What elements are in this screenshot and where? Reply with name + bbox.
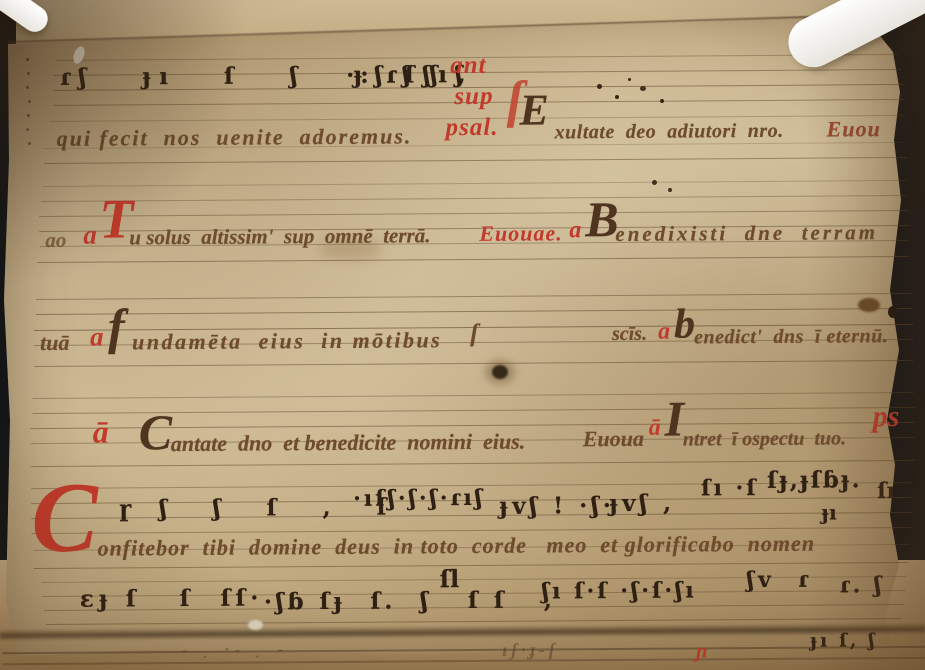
text-line: Euou — [827, 118, 881, 140]
initial: b — [674, 303, 695, 345]
stain — [628, 78, 631, 81]
neume-row: ɟı — [821, 502, 836, 522]
smudge — [320, 240, 380, 258]
text-line: onfitebor tibi domine deus in toto corde… — [97, 533, 815, 560]
manuscript-photo: ɾʃ ɟı ſ ʃ ɟ ɾſʃıʃ·:ʃ ʃ ʃ ,qui fecit nos … — [0, 0, 925, 670]
stain — [640, 86, 646, 91]
neume-row: ſɟ,ɟſɓɟ. — [767, 468, 862, 492]
light-spot — [248, 620, 263, 630]
initial: C — [139, 407, 173, 457]
underleaf-rule-line — [2, 646, 925, 654]
stain — [492, 365, 508, 379]
text-line: antate dno et benedicite nomini eius. — [171, 431, 526, 455]
text-line: qui fecit nos uenite adoremus. — [57, 125, 413, 149]
staff-rule-line — [41, 195, 907, 202]
underleaf-marks: ıʃ·ɟ-ſ — [502, 640, 559, 658]
neume-row: ·ıſʃ·ʃ·ʃ·ɾıʃ — [353, 487, 485, 510]
neume-row: ʃv ɾ — [747, 569, 812, 591]
initial: E — [519, 88, 549, 132]
neume-row: ſı ·ſ — [701, 477, 759, 499]
text-line: u solus altissim' sup omnē terrā. — [129, 225, 430, 248]
text-line: Euouae. — [479, 222, 563, 245]
text-line: ntret ī ospectu tuo. — [683, 428, 846, 449]
underleaf-marks: - ˏ ·- ˏ - — [182, 642, 289, 659]
underleaf-rule-line — [2, 657, 925, 665]
rubric-mark: a — [658, 320, 670, 344]
pricking-holes — [26, 58, 29, 61]
rubric-mark: a — [90, 324, 104, 351]
staff-rule-line — [44, 157, 907, 164]
text-line: scīs. — [612, 324, 647, 344]
initial: B — [585, 194, 619, 244]
page-content: ɾʃ ɟı ſ ʃ ɟ ɾſʃıʃ·:ʃ ʃ ʃ ,qui fecit nos … — [0, 0, 925, 670]
rubric-line: sup — [454, 84, 493, 109]
staff-rule-line — [36, 293, 912, 301]
neume-row: ʃı ſ·ſ ·ʃ·ſ·ʃı — [542, 579, 697, 602]
staff-rule-line — [34, 360, 913, 368]
text-line: ao — [45, 230, 66, 251]
stain — [615, 95, 619, 99]
staff-rule-line — [38, 256, 910, 263]
rubric-line: ant — [450, 53, 487, 78]
edge-damage — [858, 298, 880, 312]
staff-rule-line — [36, 308, 912, 316]
rubric-mark: ps — [873, 402, 900, 432]
neume-row: ſı — [877, 480, 895, 502]
rubric-line: psal. — [446, 115, 499, 140]
text-line: Euoua — [583, 428, 644, 450]
text-line: undamēta eius in mōtibus — [132, 329, 442, 353]
text-line: enedixisti dne terram — [615, 222, 878, 245]
neume-row: ɟvʃ ! ·ʃ· — [499, 494, 615, 518]
rubric-mark: a — [569, 218, 581, 242]
neume-row: ɾ. ʃ — [840, 574, 885, 596]
initial: I — [664, 394, 684, 444]
text-line: ſ — [470, 321, 479, 346]
stain — [660, 99, 664, 103]
text-line: xultate deo adiutori nro. — [555, 121, 784, 143]
rubric-mark: ā — [93, 416, 109, 448]
neume-row: ·ʃɓ ſɟ ſ. ʃ ſ ſ , — [264, 588, 556, 613]
text-line: enedict' dns ī eternū. — [694, 326, 888, 347]
neume-row: ɛɟ ſ ſ ſſ· — [80, 586, 264, 610]
staff-rule-line — [39, 210, 909, 217]
underleaf-red-mark: ɲ — [696, 641, 707, 661]
staff-rule-line — [32, 392, 913, 400]
initial-large: C — [31, 468, 98, 568]
rubric-mark: a — [83, 222, 97, 249]
neume-row: ſl — [440, 567, 460, 591]
stain — [668, 188, 672, 192]
staff-rule-line — [43, 180, 907, 187]
stain — [652, 180, 657, 185]
neume-row: ɟvʃ , — [609, 492, 675, 515]
edge-hole — [888, 306, 898, 318]
rubric-mark: ā — [649, 416, 661, 440]
text-line: tuā — [40, 332, 70, 354]
initial: f — [108, 301, 125, 351]
stain — [597, 84, 602, 89]
